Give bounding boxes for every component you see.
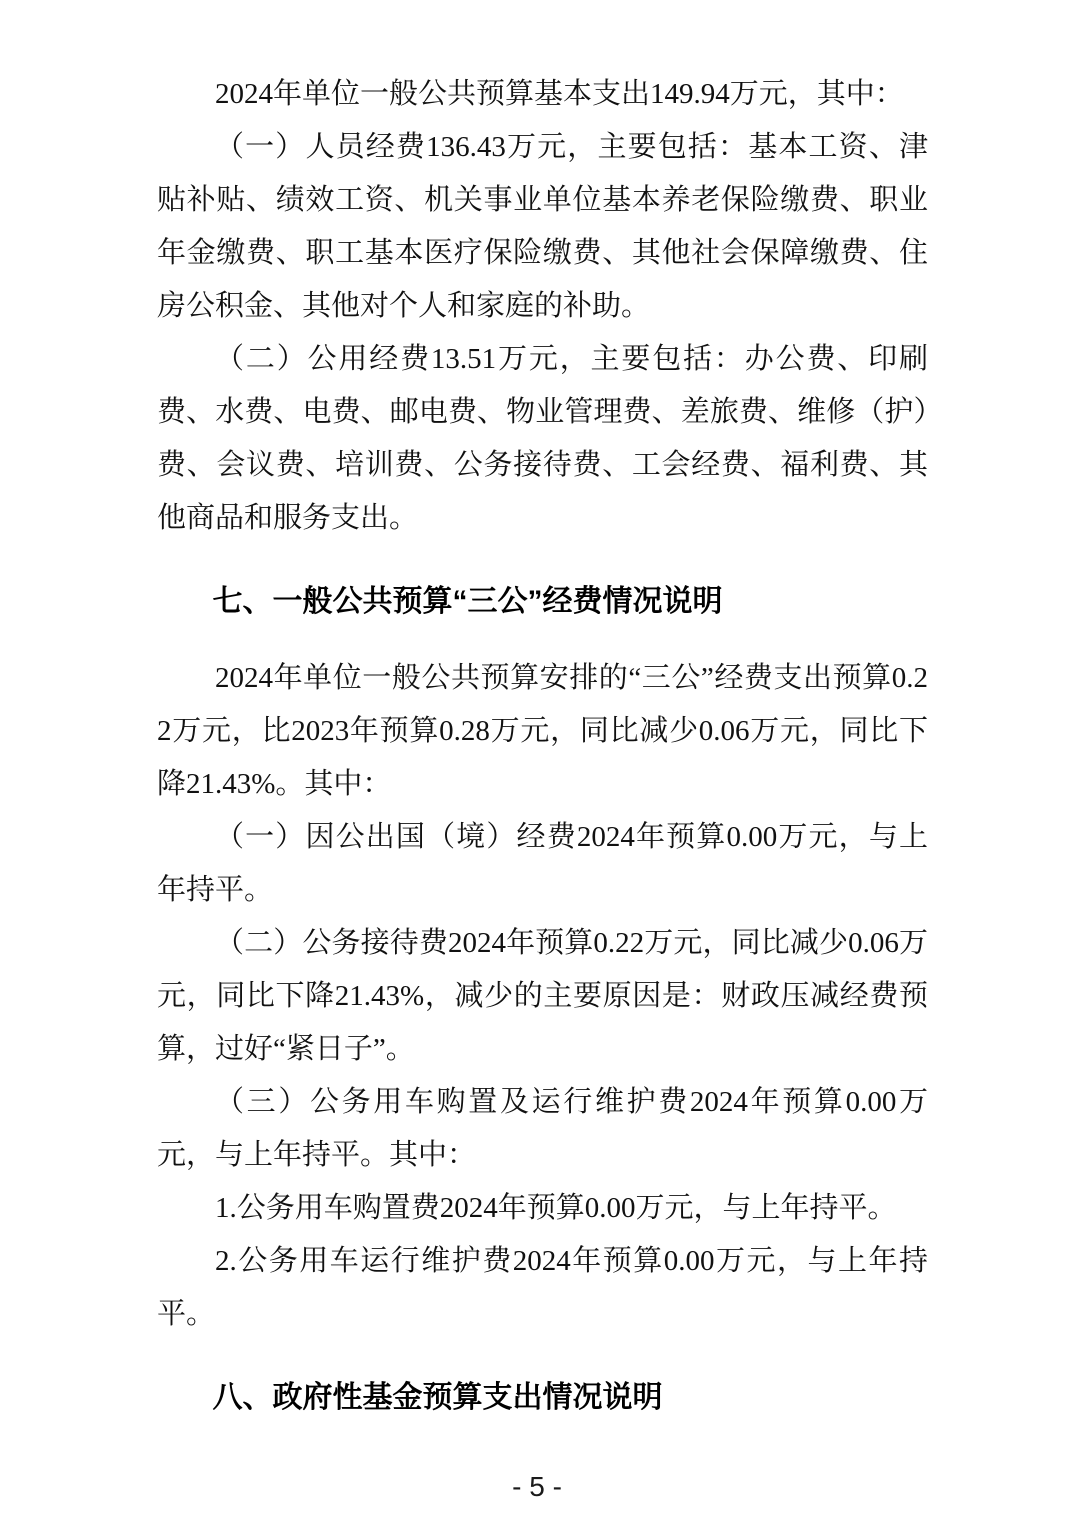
paragraph-official-reception-funds: （二）公务接待费2024年预算0.22万元，同比减少0.06万元，同比下降21.… <box>157 917 928 1076</box>
paragraph-overseas-travel-funds: （一）因公出国（境）经费2024年预算0.00万元，与上年持平。 <box>157 811 928 917</box>
section-heading-seven: 七、一般公共预算“三公”经费情况说明 <box>157 575 928 628</box>
section-heading-eight: 八、政府性基金预算支出情况说明 <box>157 1371 928 1424</box>
page-number: - 5 - <box>0 1470 1074 1504</box>
paragraph-three-public-overview: 2024年单位一般公共预算安排的“三公”经费支出预算0.22万元，比2023年预… <box>157 652 928 811</box>
paragraph-basic-expenditure-total: 2024年单位一般公共预算基本支出149.94万元，其中： <box>157 68 928 121</box>
paragraph-official-vehicle-funds: （三）公务用车购置及运行维护费2024年预算0.00万元，与上年持平。其中： <box>157 1076 928 1182</box>
paragraph-personnel-funds: （一）人员经费136.43万元，主要包括：基本工资、津贴补贴、绩效工资、机关事业… <box>157 121 928 333</box>
document-page: 2024年单位一般公共预算基本支出149.94万元，其中： （一）人员经费136… <box>0 0 1074 1520</box>
paragraph-vehicle-purchase-funds: 1.公务用车购置费2024年预算0.00万元，与上年持平。 <box>157 1182 928 1235</box>
paragraph-vehicle-maintenance-funds: 2.公务用车运行维护费2024年预算0.00万元，与上年持平。 <box>157 1235 928 1341</box>
document-body: 2024年单位一般公共预算基本支出149.94万元，其中： （一）人员经费136… <box>157 68 928 1448</box>
paragraph-public-funds: （二）公用经费13.51万元，主要包括：办公费、印刷费、水费、电费、邮电费、物业… <box>157 333 928 545</box>
